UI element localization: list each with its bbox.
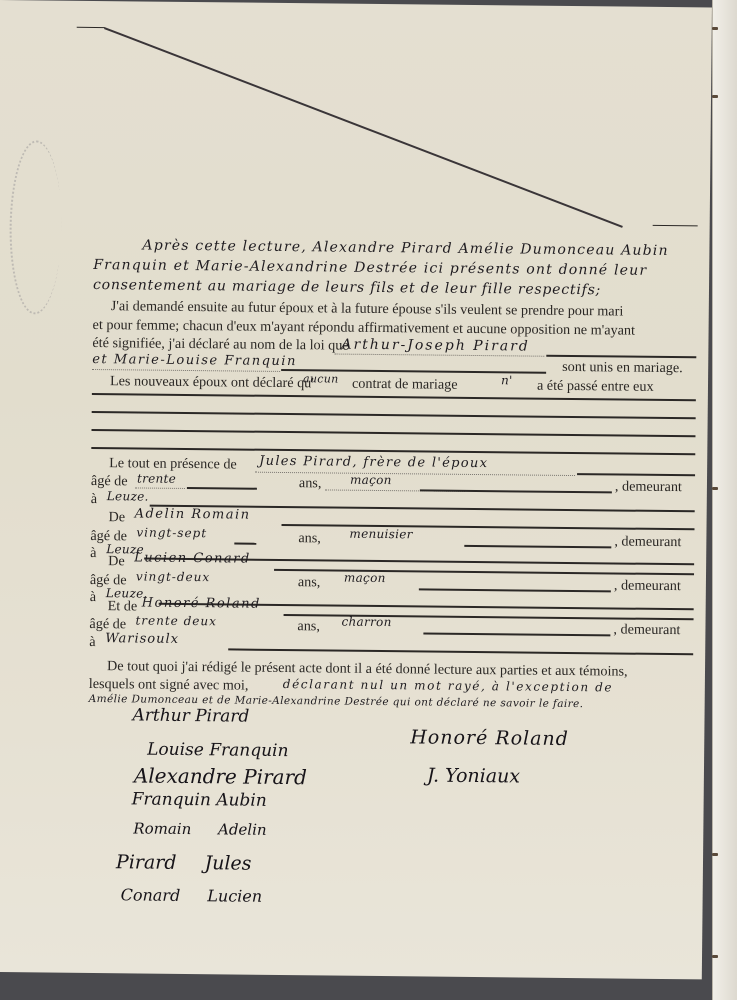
closing-line-2-hand: déclarant nul un mot rayé, à l'exception… (283, 677, 613, 694)
signature-officer: J. Yoniaux (427, 765, 520, 788)
signature-witness-3: Conard Lucien (121, 885, 263, 905)
witness-4-age: trente deux (135, 613, 217, 628)
w1-age-fill (187, 487, 257, 490)
united-text: sont unis en mariage. (562, 359, 683, 377)
de-label-2: De (108, 509, 125, 526)
witness-4-profession: charron (341, 615, 391, 630)
de-label-3: De (108, 553, 125, 570)
contract-middle: contrat de mariage (352, 376, 458, 394)
w4-res-fill (228, 648, 693, 655)
blank-line-4 (91, 447, 695, 455)
witness-1-residence: Leuze. (107, 489, 149, 503)
w3-name-fill (274, 569, 694, 575)
a-label-2: à (90, 545, 96, 562)
closing-line-2: lesquels ont signé avec moi, (89, 676, 249, 695)
witness-4-residence: Warisoulx (105, 631, 179, 647)
demeurant-label-4: , demeurant (613, 621, 680, 639)
groom-fill-line (546, 355, 696, 359)
document-page: Après cette lecture, Alexandre Pirard Am… (0, 0, 712, 979)
presence-label: Le tout en présence de (109, 455, 237, 473)
contract-filled-1: aucun (303, 372, 339, 385)
w2-prof-fill (464, 545, 611, 549)
intro-line-2: Franquin et Marie-Alexandrine Destrée ic… (93, 257, 647, 279)
intro-line-3: consentement au mariage de leurs fils et… (93, 277, 601, 298)
demeurant-label-2: , demeurant (614, 533, 681, 551)
witness-1-name: Jules Pirard, frère de l'époux (259, 454, 488, 471)
cancel-line-right (653, 225, 698, 226)
signature-witness-2: Romain Adelin (133, 819, 266, 838)
ans-label-4: ans, (297, 618, 320, 635)
binding-stitch (712, 27, 718, 30)
w2-name-fill (282, 524, 695, 530)
binding-stitch (712, 487, 718, 490)
w1-prof-fill (420, 489, 612, 493)
cancel-diagonal-line (104, 27, 623, 228)
w2-age-fill (234, 542, 256, 544)
witness-1-profession: maçon (350, 473, 392, 487)
signature-bride: Louise Franquin (147, 740, 289, 761)
a-label-4: à (89, 634, 95, 651)
witness-2-age: vingt-sept (136, 525, 207, 540)
blank-line-3 (91, 429, 695, 437)
binding-stitch (712, 853, 718, 856)
witness-2-name: Adelin Romain (135, 506, 251, 522)
cancel-line-left (77, 27, 105, 28)
et-de-label: Et de (108, 598, 138, 615)
blank-line-2 (92, 411, 696, 419)
a-label-1: à (91, 491, 97, 508)
witness-2-profession: menuisier (349, 527, 412, 542)
ans-label-1: ans, (299, 475, 322, 492)
book-spine-edge (712, 0, 737, 1000)
ans-label-3: ans, (298, 574, 321, 591)
witness-3-age: vingt-deux (136, 569, 210, 584)
witness-3-name: Lucien Conard (134, 550, 251, 566)
binding-stitch (712, 95, 718, 98)
a-label-3: à (90, 589, 96, 606)
bride-name: et Marie-Louise Franquin (92, 352, 297, 369)
ans-label-2: ans, (298, 530, 321, 547)
contract-filled-2: n' (501, 373, 513, 387)
w3-prof-fill (419, 588, 611, 592)
w1-name-fill (577, 473, 695, 476)
age-label-1: âgé de (91, 473, 128, 490)
contract-prefix: Les nouveaux époux ont déclaré qu' (110, 373, 314, 392)
witness-4-name: Honoré Roland (142, 596, 261, 612)
groom-name: Arthur-Joseph Pirard (341, 337, 530, 355)
signature-father-groom: Alexandre Pirard (134, 763, 307, 789)
faded-stamp (9, 140, 63, 315)
witness-3-profession: maçon (344, 571, 386, 585)
demeurant-label-3: , demeurant (614, 577, 681, 595)
w4-prof-fill (423, 632, 610, 636)
binding-stitch (712, 955, 718, 958)
intro-line-1: Après cette lecture, Alexandre Pirard Am… (142, 238, 668, 260)
signature-father-bride: Franquin Aubin (132, 789, 267, 810)
bride-dotted-line (92, 369, 280, 372)
demeurant-label-1: , demeurant (615, 478, 682, 496)
signature-witness-4: Honoré Roland (410, 726, 569, 750)
signature-witness-1: Pirard Jules (116, 851, 252, 874)
contract-suffix: a été passé entre eux (537, 378, 654, 396)
witness-1-age: trente (137, 471, 176, 485)
signature-groom: Arthur Pirard (132, 705, 249, 726)
